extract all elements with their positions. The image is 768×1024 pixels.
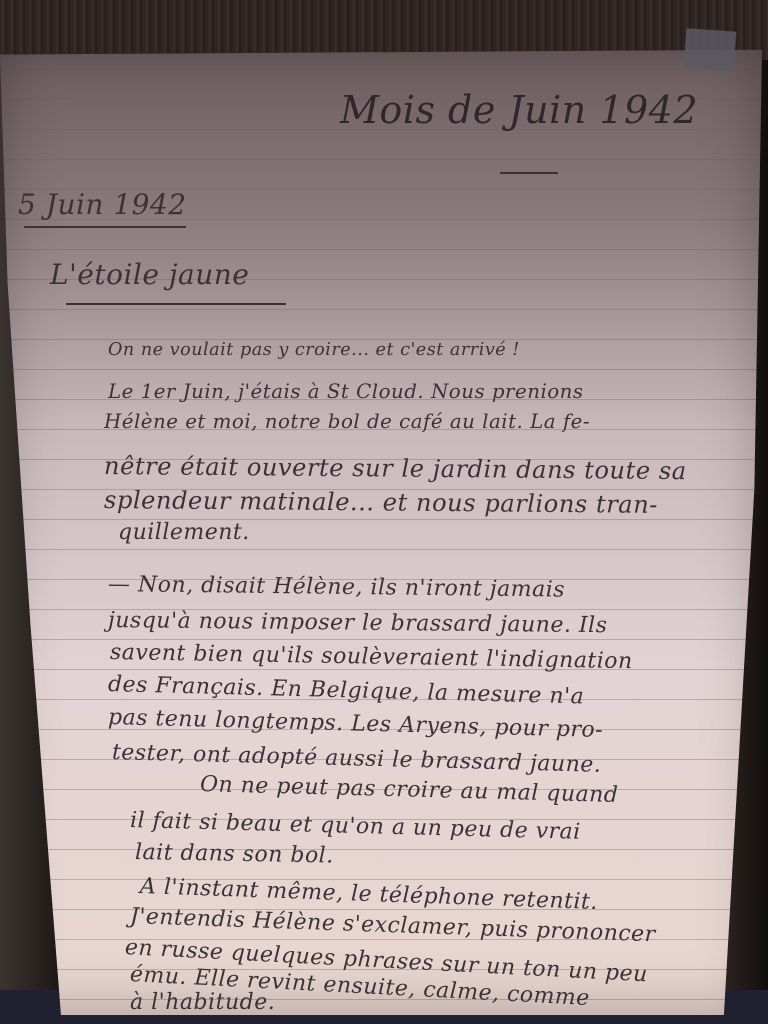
month-header: Mois de Juin 1942 [340, 88, 698, 132]
handwritten-line: quillement. [118, 520, 250, 545]
handwritten-line: jusqu'à nous imposer le brassard jaune. … [108, 608, 608, 638]
tape-piece [684, 28, 737, 71]
entry-date: 5 Juin 1942 [18, 188, 187, 221]
handwritten-line: à l'habitude. [130, 990, 275, 1015]
handwritten-line: On ne voulait pas y croire... et c'est a… [108, 340, 520, 360]
handwritten-line: splendeur matinale... et nous parlions t… [104, 486, 658, 519]
month-header-underline [500, 172, 558, 174]
handwritten-line: Le 1er Juin, j'étais à St Cloud. Nous pr… [108, 380, 584, 403]
notebook-page [0, 40, 762, 1015]
entry-title: L'étoile jaune [50, 258, 249, 291]
handwritten-line: Hélène et moi, notre bol de café au lait… [104, 410, 590, 433]
handwritten-line: nêtre était ouverte sur le jardin dans t… [104, 452, 687, 485]
entry-title-underline [66, 303, 286, 305]
handwritten-line: lait dans son bol. [135, 840, 334, 868]
entry-date-underline [24, 226, 186, 228]
